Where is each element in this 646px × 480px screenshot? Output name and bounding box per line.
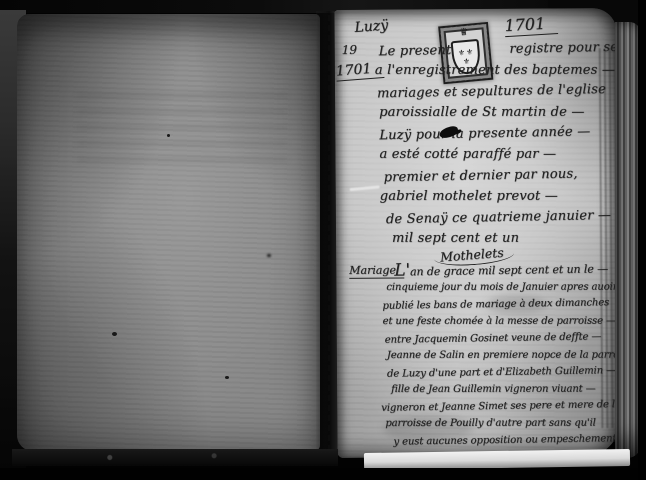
title-entry: Le presentregistre pour servir a l'enreg…: [379, 38, 645, 250]
header-year-text: 1701: [504, 13, 558, 37]
stitching-thread: [328, 15, 330, 451]
manuscript-line: mariages et sepultures de l'eglise: [377, 78, 644, 104]
ink-bleedthrough: [77, 94, 287, 164]
manuscript-line: Luzÿ pour la presente année —: [379, 120, 644, 146]
manuscript-line: gabriel mothelet prevot —: [380, 186, 644, 207]
manuscript-line: premier et dernier par nous,: [383, 162, 644, 188]
manuscript-line: de Luzy d'une part et d'Elizabeth Guille…: [387, 362, 638, 383]
underlying-pages-edge: [364, 449, 630, 470]
manuscript-line: entre Jacquemin Gosinet veune de deffte …: [385, 328, 638, 349]
header-year: 1701: [504, 13, 558, 37]
marriage-entry: L'an de grace mil sept cent et un le — c…: [378, 260, 638, 450]
manuscript-line: publié les bans de mariage à deux dimanc…: [382, 294, 637, 315]
stain: [167, 134, 170, 137]
crown-icon: ♛: [459, 28, 469, 39]
manuscript-line: y eust aucunes opposition ou empeschemen…: [393, 430, 638, 451]
book-bottom-cover-edge: [12, 449, 338, 466]
stamp-gap: [451, 53, 509, 54]
manuscript-line: Le presentregistre pour servir: [379, 36, 644, 62]
stain: [225, 376, 229, 379]
manuscript-line: de Senaÿ ce quatrieme januier —: [386, 204, 645, 230]
manuscript-line: a esté cotté paraffé par —: [379, 144, 643, 165]
stain: [112, 332, 117, 336]
scan-right-band: [638, 0, 646, 480]
manuscript-line: paroissialle de St martin de —: [379, 102, 643, 123]
scratch-mark: [350, 185, 380, 191]
manuscript-line: parroisse de Pouilly d'autre part sans q…: [385, 415, 638, 432]
manuscript-line: L'an de grace mil sept cent et un le —: [394, 259, 637, 281]
manuscript-line-text: Le present: [379, 43, 452, 59]
scan-bottom-band: [0, 468, 646, 480]
manuscript-line: Jeanne de Salin en premiere nopce de la …: [387, 347, 638, 364]
left-blank-page: [17, 14, 320, 451]
right-manuscript-page: Luzÿ 19 1701 1701 ♛ ⚜⚜ ⚜ Le presentregis…: [334, 8, 619, 458]
stain: [267, 254, 271, 257]
scanned-register-photo: Luzÿ 19 1701 1701 ♛ ⚜⚜ ⚜ Le presentregis…: [0, 0, 646, 480]
manuscript-line: mil sept cent et un: [392, 228, 644, 249]
manuscript-line: a l'enregistrement des baptemes —: [375, 60, 643, 81]
margin-folio-number: 19: [342, 43, 357, 57]
margin-place-name: Luzÿ: [354, 17, 389, 36]
